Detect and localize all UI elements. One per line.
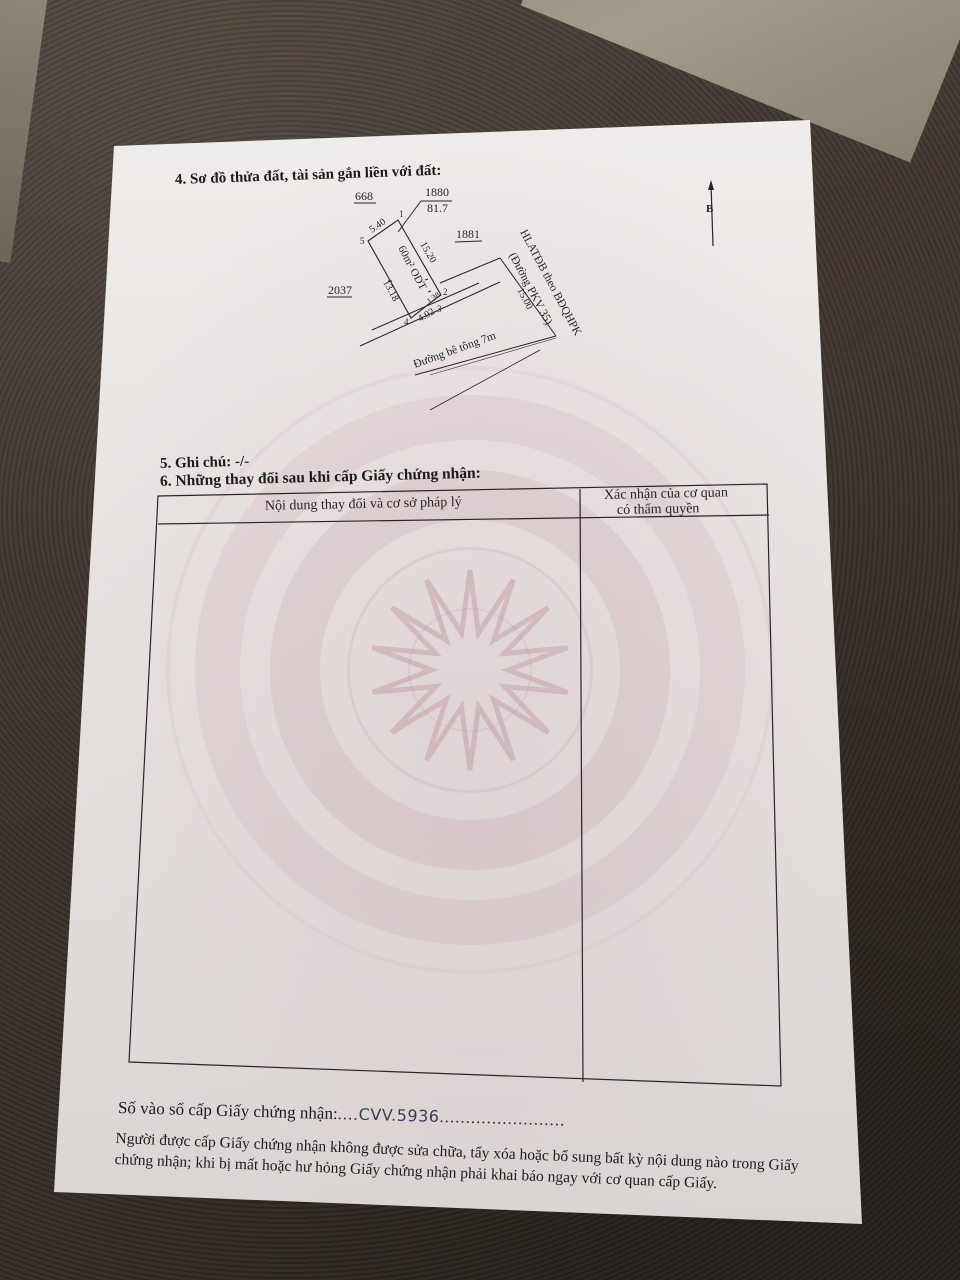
- column-header-confirmation-line1: Xác nhận của cơ quan: [604, 485, 728, 503]
- svg-text:5: 5: [360, 236, 365, 246]
- neighbor-1880-value: 81.7: [427, 201, 448, 215]
- neighbor-1880: 1880: [425, 185, 449, 199]
- column-header-confirmation-line2: có thẩm quyền: [617, 501, 700, 518]
- column-header-changes: Nội dung thay đổi và cơ sở pháp lý: [265, 495, 462, 514]
- neighbor-2037: 2037: [328, 283, 352, 297]
- road-label: Đường bê tông 7m: [412, 330, 498, 371]
- neighbor-1881: 1881: [456, 227, 480, 241]
- registry-number: CVV.5936: [358, 1105, 439, 1126]
- north-label: B: [706, 203, 714, 215]
- neighbor-668: 668: [355, 189, 373, 203]
- edge-1-2: 15.20: [417, 240, 438, 265]
- svg-text:1: 1: [399, 209, 404, 219]
- svg-text:2: 2: [443, 287, 448, 297]
- parcel-sketch: 668 1880 81.7 1881 2037 5 1 2 3 4 5.40 1…: [0, 0, 960, 1280]
- edge-5-1: 5.40: [367, 216, 388, 235]
- edge-4-5: 13.18: [380, 278, 400, 303]
- changes-table: [129, 484, 781, 1086]
- north-arrow-icon: B: [706, 180, 714, 246]
